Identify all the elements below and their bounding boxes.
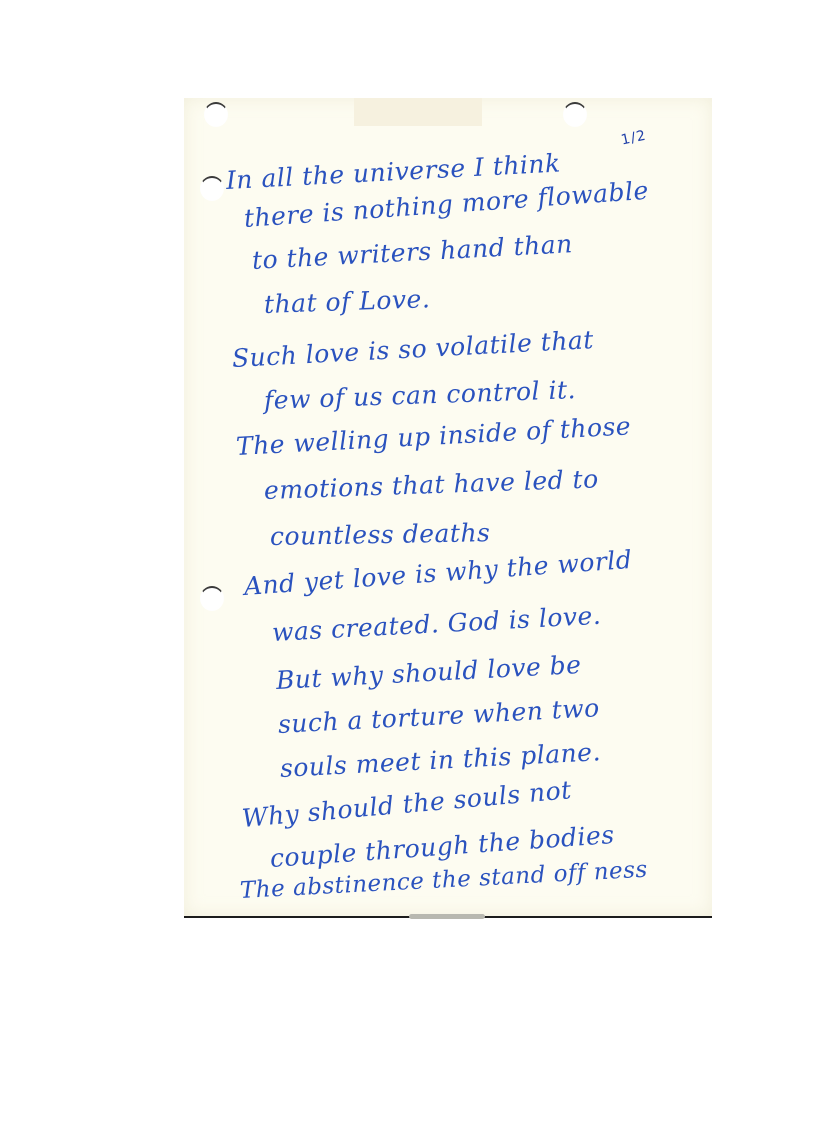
handwritten-text: In all the universe I think there is not… [184,98,712,916]
text-line: But why should love be [275,650,582,695]
text-line: to the writers hand than [251,229,573,275]
text-line: The welling up inside of those [235,411,632,461]
text-line: Such love is so volatile that [231,325,594,373]
text-line: countless deaths [270,518,491,551]
text-line: emotions that have led to [263,464,599,505]
text-line: was created. God is love. [271,601,602,647]
paper-bottom-tab [409,914,485,919]
notebook-page: 1/2 In all the universe I think there is… [184,98,712,918]
text-line: And yet love is why the world [243,545,633,601]
text-line: few of us can control it. [263,375,576,415]
text-line: that of Love. [263,284,430,319]
text-line: Why should the souls not [241,775,573,833]
text-line: such a torture when two [277,693,600,739]
